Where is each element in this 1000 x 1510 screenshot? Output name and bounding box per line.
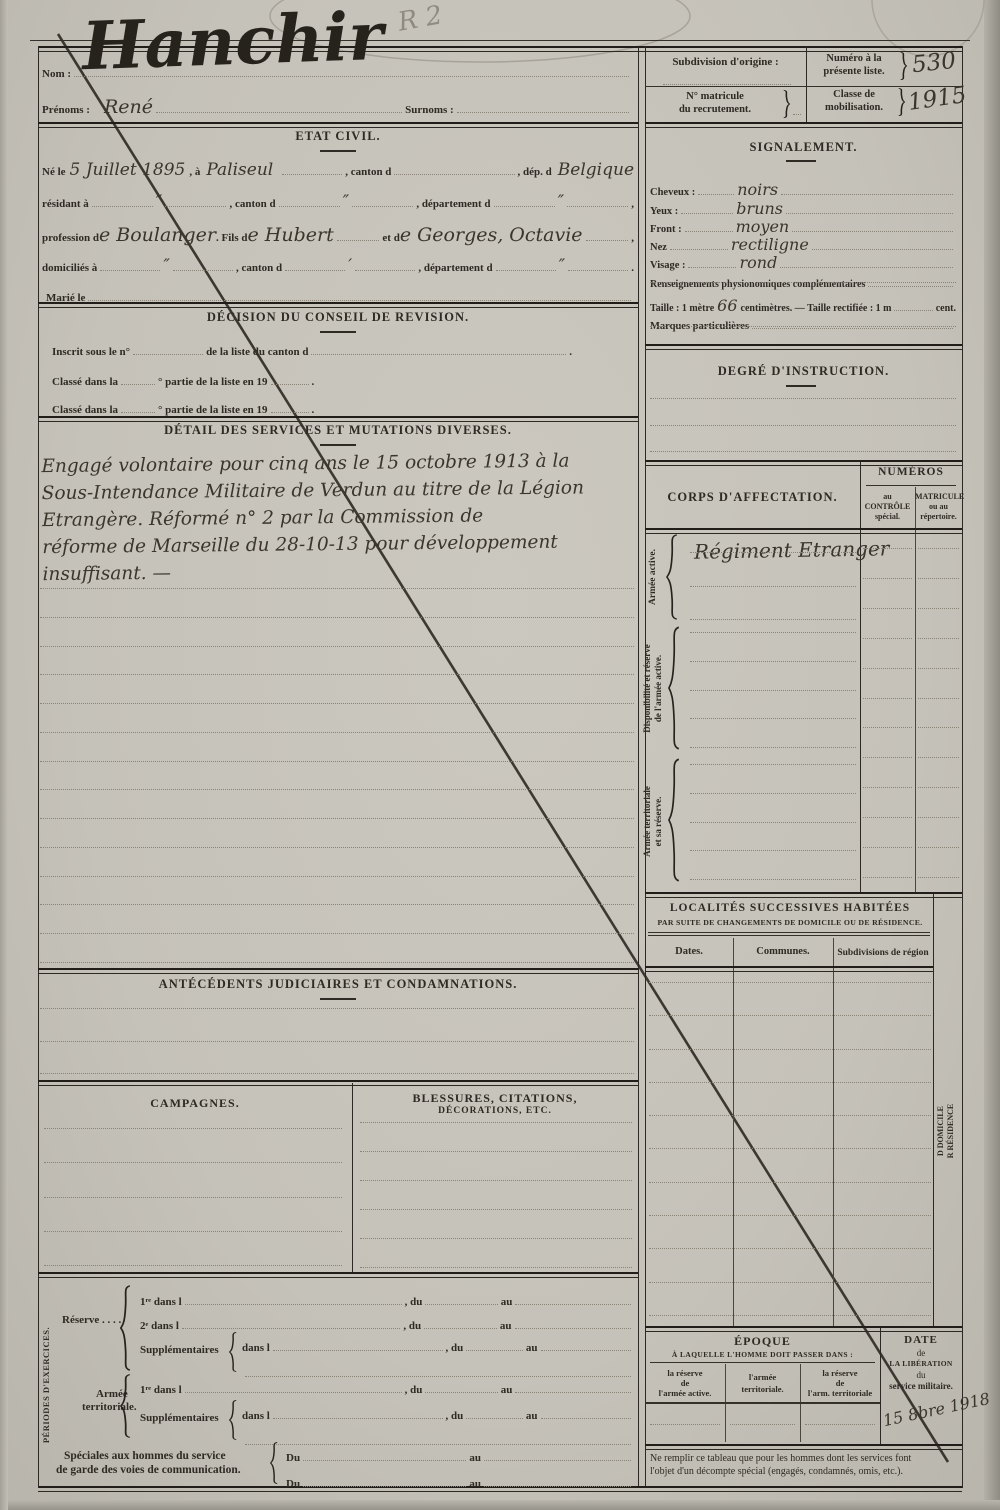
- services-line: insuffisant. —: [42, 555, 638, 588]
- epoque-col1-header: la réserve: [645, 1368, 725, 1378]
- territoriale-periode-1: 1ʳᵉ dans l , du au: [140, 1378, 634, 1396]
- ruled-line: [650, 326, 956, 327]
- controle-col-header: au: [860, 492, 915, 501]
- ruled-line: [690, 879, 856, 880]
- territoriale-label-line: Armée territoriale: [642, 755, 653, 888]
- matricule-col-header: répertoire.: [915, 512, 962, 521]
- ditto-mark: ′: [348, 256, 352, 276]
- rule: [515, 1378, 631, 1393]
- profession-value: e Boulanger: [99, 224, 216, 246]
- nez-value: rectiligne: [731, 235, 809, 254]
- rule: [424, 1314, 497, 1329]
- periode-label: 1ʳᵉ dans l: [140, 1296, 182, 1308]
- ruled-line: [690, 718, 856, 719]
- departement-label: , département d: [416, 198, 490, 210]
- rule: [541, 1336, 632, 1351]
- brace: [229, 1332, 237, 1372]
- suppl-periode-row: dans l , du au: [242, 1404, 634, 1422]
- yeux-label: Yeux :: [650, 206, 678, 217]
- rule: [645, 344, 962, 350]
- a-label: , à: [189, 166, 200, 178]
- ruled-line: [360, 1151, 632, 1152]
- rule: [681, 199, 733, 214]
- period: .: [569, 346, 572, 358]
- rule: [185, 1290, 402, 1305]
- speciales-label-2: de garde des voies de communication.: [56, 1464, 241, 1476]
- ruled-line: [863, 877, 912, 878]
- periodes-vertical-label: PÉRIODES D'EXERCICES.: [41, 1288, 53, 1482]
- territoriale-group-label: Armée territoriale et sa réserve.: [642, 755, 666, 888]
- disponibilite-label-line: Disponibilité et réserve: [642, 622, 653, 755]
- domicile-row: domiciliés à ″ , canton d ′ , départemen…: [42, 256, 634, 276]
- rule: [786, 160, 816, 162]
- du-label: , du: [405, 1384, 423, 1396]
- numero-liste-value: 530: [911, 48, 957, 78]
- rule: [285, 256, 345, 271]
- rule: [663, 70, 791, 85]
- ruled-lines: [650, 326, 956, 334]
- subdivision-label: Subdivision d'origine :: [645, 56, 806, 68]
- rule: [645, 1326, 962, 1332]
- corps-title: CORPS D'AFFECTATION.: [645, 490, 860, 505]
- rule: [38, 122, 638, 128]
- ruled-line: [918, 668, 959, 669]
- brace: [900, 52, 907, 80]
- ruled-line: [40, 761, 634, 762]
- ruled-line: [360, 1267, 632, 1268]
- periode-label: dans l: [242, 1410, 270, 1422]
- rule: [645, 86, 962, 87]
- du-label: , du: [405, 1296, 423, 1308]
- rule: [962, 46, 963, 1488]
- rule: [245, 1430, 631, 1445]
- ruled-lines: [650, 398, 956, 452]
- du-label: , du: [446, 1342, 464, 1354]
- front-row: Front : moyen: [650, 217, 956, 236]
- scan-edge-left: [0, 0, 8, 1510]
- numeros-header: NUMÉROS: [860, 466, 962, 478]
- cent-label: cent.: [936, 303, 956, 314]
- rule: [648, 932, 930, 933]
- suppl-periode-blank: [242, 1430, 634, 1445]
- controle-col-header: spécial.: [860, 512, 915, 521]
- ruled-line: [863, 698, 912, 699]
- visage-label: Visage :: [650, 260, 685, 271]
- ruled-line: [40, 1008, 634, 1009]
- ruled-line: [918, 847, 959, 848]
- scan-edge-right: [984, 0, 1000, 1510]
- ruled-line: [918, 608, 959, 609]
- rule: [860, 462, 861, 892]
- ruled-lines: [650, 1424, 720, 1432]
- reserve-label: Réserve . . . .: [62, 1314, 121, 1326]
- rule: [245, 1362, 631, 1377]
- controle-col-header: CONTRÔLE: [860, 502, 915, 511]
- profession-filiation-row: profession d e Boulanger . Fils d e Hube…: [42, 224, 634, 246]
- rule: [648, 935, 930, 936]
- epoque-col1-header: de: [645, 1378, 725, 1388]
- rule: [38, 968, 638, 974]
- ruled-line: [690, 661, 856, 662]
- visage-row: Visage : rond: [650, 253, 956, 272]
- periode-label: 1ʳᵉ dans l: [140, 1384, 182, 1396]
- rule: [645, 892, 962, 898]
- ne-le-label: Né le: [42, 166, 66, 178]
- date-liberation-value: 15 8bre 1918: [881, 1389, 991, 1430]
- epoque-col2-header: territoriale.: [725, 1384, 800, 1394]
- ditto-mark: ″: [559, 256, 565, 276]
- matricule-label-2: du recrutement.: [645, 104, 785, 115]
- suppl-periode-blank: [242, 1362, 634, 1377]
- au-label: au: [469, 1452, 481, 1464]
- ruled-lines: [649, 982, 931, 1316]
- rule: [933, 894, 934, 1326]
- brace: [898, 88, 905, 116]
- prenoms-row: Prénoms : René Surnoms :: [42, 96, 632, 118]
- au-label: au: [500, 1320, 512, 1332]
- ruled-line: [863, 817, 912, 818]
- rule: [484, 1446, 631, 1461]
- rule: [185, 1378, 402, 1393]
- au-label: au: [526, 1410, 538, 1422]
- ruled-line: [918, 698, 959, 699]
- reserve-periode-1: 1ʳᵉ dans l , du au: [140, 1290, 634, 1308]
- campagnes-title: CAMPAGNES.: [38, 1096, 352, 1111]
- ruled-line: [40, 876, 634, 877]
- classe-label-2: mobilisation.: [806, 102, 902, 113]
- rule: [786, 385, 816, 387]
- ruled-lines: [805, 1424, 875, 1432]
- rule: [688, 253, 736, 268]
- rule: [282, 160, 342, 175]
- fils-label: . Fils d: [216, 232, 247, 244]
- prenoms-value: René: [104, 96, 153, 118]
- ruled-line: [360, 1122, 632, 1123]
- epoque-col2-header: l'armée: [725, 1372, 800, 1382]
- rule: [915, 487, 916, 892]
- dates-col-header: Dates.: [645, 946, 733, 957]
- rule: [812, 235, 953, 250]
- brace: [783, 90, 790, 118]
- localites-title: LOCALITÉS SUCCESSIVES HABITÉES: [645, 902, 935, 914]
- rule: [638, 46, 639, 1486]
- ruled-line: [40, 646, 634, 647]
- ruled-line: [40, 703, 634, 704]
- front-label: Front :: [650, 224, 682, 235]
- disponibilite-group-label: Disponibilité et réserve de l'armée acti…: [642, 622, 666, 755]
- side-label-line: R RÉSIDENCE: [946, 940, 956, 1322]
- rule: [320, 444, 356, 446]
- ruled-line: [805, 1424, 875, 1425]
- rule: [496, 256, 556, 271]
- blessures-title: BLESSURES, CITATIONS,: [352, 1091, 638, 1106]
- nom-label: Nom :: [42, 68, 71, 80]
- ruled-line: [863, 578, 912, 579]
- nez-row: Nez rectiligne: [650, 235, 956, 254]
- ruled-line: [690, 822, 856, 823]
- military-register-sheet: Hanchir R 2 Nom : Prénoms : René Surnoms…: [0, 0, 1000, 1510]
- rule: [303, 1446, 466, 1461]
- antecedents-title: ANTÉCÉDENTS JUDICIAIRES ET CONDAMNATIONS…: [38, 977, 638, 992]
- ruled-line: [863, 787, 912, 788]
- classe-value: 1915: [906, 82, 968, 116]
- rule: [425, 1378, 497, 1393]
- ruled-lines: [918, 548, 959, 878]
- inscrit-label: Inscrit sous le n°: [52, 346, 130, 358]
- rule: [121, 370, 155, 385]
- rule: [670, 235, 728, 250]
- etat-civil-title: ETAT CIVIL.: [38, 129, 638, 144]
- date-liberation-header: service militaire.: [880, 1381, 962, 1391]
- rule: [38, 1080, 638, 1086]
- ruled-line: [44, 1231, 342, 1232]
- ruled-lines: [360, 1122, 632, 1268]
- rule: [92, 192, 153, 207]
- front-value: moyen: [736, 217, 790, 236]
- supplementaires-label: Supplémentaires: [140, 1344, 219, 1356]
- rule: [786, 199, 953, 214]
- ruled-line: [40, 1041, 634, 1042]
- ruled-line: [40, 588, 634, 589]
- visage-value: rond: [739, 253, 777, 272]
- ruled-line: [649, 1315, 931, 1316]
- rule: [320, 150, 356, 152]
- ruled-line: [40, 904, 634, 905]
- garde-periode-1: Du au: [286, 1446, 634, 1464]
- dept-label: , dép. d: [518, 166, 552, 178]
- brace: [120, 1374, 131, 1438]
- ruled-line: [649, 1148, 931, 1149]
- matricule-label: N° matricule: [645, 91, 785, 102]
- partie-label: ° partie de la liste en 19: [158, 376, 268, 388]
- ruled-line: [40, 789, 634, 790]
- date-liberation-header: LA LIBÉRATION: [880, 1359, 962, 1368]
- epoque-title: ÉPOQUE: [645, 1334, 880, 1349]
- ruled-line: [863, 638, 912, 639]
- rule: [645, 1444, 962, 1450]
- cheveux-label: Cheveux :: [650, 187, 695, 198]
- ditto-mark: ″: [343, 192, 349, 212]
- ruled-line: [40, 732, 634, 733]
- ruled-line: [649, 1282, 931, 1283]
- date-liberation-header: DATE: [880, 1334, 962, 1346]
- numero-liste-label-2: présente liste.: [806, 66, 902, 77]
- ruled-line: [690, 552, 856, 553]
- ruled-line: [918, 757, 959, 758]
- ruled-line: [650, 425, 956, 426]
- ruled-line: [863, 847, 912, 848]
- rule: [894, 296, 932, 311]
- rule: [394, 160, 514, 175]
- ruled-line: [44, 1162, 342, 1163]
- rule: [793, 100, 801, 115]
- epoque-col3-header: l'arm. territoriale: [800, 1388, 880, 1398]
- ruled-line: [40, 674, 634, 675]
- classe-dans-label: Classé dans la: [52, 404, 118, 416]
- ruled-line: [863, 727, 912, 728]
- rule: [650, 1362, 875, 1363]
- ruled-line: [649, 1215, 931, 1216]
- brace: [666, 534, 678, 620]
- blessures-subtitle: DÉCORATIONS, ETC.: [352, 1106, 638, 1116]
- residence-row: résidant à ″ , canton d ″ , département …: [42, 192, 634, 212]
- comma: ,: [631, 198, 634, 210]
- rule: [279, 192, 340, 207]
- au-label: au: [526, 1342, 538, 1354]
- communes-col-header: Communes.: [733, 946, 833, 957]
- rule: [38, 302, 638, 308]
- yeux-value: bruns: [736, 199, 783, 218]
- classe-dans-label: Classé dans la: [52, 376, 118, 388]
- ruled-line: [730, 1424, 795, 1425]
- ruled-line: [690, 793, 856, 794]
- matricule-col-header: MATRICULE: [915, 492, 962, 501]
- ruled-line: [863, 757, 912, 758]
- period: .: [312, 404, 315, 416]
- rule: [457, 98, 629, 113]
- epoque-col3-header: de: [800, 1378, 880, 1388]
- instruction-title: DEGRÉ D'INSTRUCTION.: [645, 364, 962, 379]
- ditto-mark: ″: [558, 192, 564, 212]
- ruled-line: [44, 1265, 342, 1266]
- taille-row: Taille : 1 mètre 66 centimètres. — Taill…: [650, 296, 956, 315]
- profession-label: profession d: [42, 232, 99, 244]
- ruled-line: [918, 578, 959, 579]
- rule: [425, 1290, 497, 1305]
- ruled-line: [690, 619, 856, 620]
- classe-row-2: Classé dans la ° partie de la liste en 1…: [52, 398, 382, 416]
- mere-value: e Georges, Octavie: [400, 224, 583, 246]
- supplementaires-label: Supplémentaires: [140, 1412, 219, 1424]
- ruled-line: [650, 398, 956, 399]
- au-label: au: [469, 1478, 481, 1490]
- rule: [320, 331, 356, 333]
- ruled-line: [40, 933, 634, 934]
- residant-label: résidant à: [42, 198, 89, 210]
- rule: [792, 217, 953, 232]
- brace: [668, 626, 680, 750]
- ruled-lines: [44, 1128, 342, 1266]
- ruled-line: [649, 1082, 931, 1083]
- footnote: Ne remplir ce tableau que pour les homme…: [650, 1452, 956, 1478]
- ruled-lines: [690, 632, 856, 748]
- rule: [303, 1472, 466, 1487]
- rule: [182, 1314, 400, 1329]
- rule: [271, 398, 309, 413]
- rule: [515, 1314, 631, 1329]
- ruled-line: [360, 1238, 632, 1239]
- du-label: Du: [286, 1452, 300, 1464]
- localites-subtitle: PAR SUITE DE CHANGEMENTS DE DOMICILE OU …: [645, 918, 935, 927]
- ruled-line: [690, 850, 856, 851]
- rule: [273, 1404, 443, 1419]
- garde-periode-2: Du au: [286, 1472, 634, 1490]
- liste-canton-label: de la liste du canton d: [206, 346, 308, 358]
- nez-label: Nez: [650, 242, 667, 253]
- date-liberation-header: du: [880, 1370, 962, 1380]
- disponibilite-label-line: de l'armée active.: [653, 622, 664, 755]
- ruled-lines: [40, 1008, 634, 1074]
- ruled-line: [690, 764, 856, 765]
- yeux-row: Yeux : bruns: [650, 199, 956, 218]
- ruled-line: [360, 1209, 632, 1210]
- rule: [567, 192, 628, 207]
- speciales-label-1: Spéciales aux hommes du service: [64, 1450, 226, 1462]
- surnoms-label: Surnoms :: [405, 104, 454, 116]
- prenoms-label: Prénoms :: [42, 104, 90, 116]
- rule: [645, 1402, 880, 1404]
- ditto-mark: ″: [156, 192, 162, 212]
- rule: [311, 340, 566, 355]
- ruled-line: [650, 282, 956, 283]
- rule: [586, 226, 629, 241]
- epoque-subtitle: À LAQUELLE L'HOMME DOIT PASSER DANS :: [645, 1350, 880, 1359]
- rule: [645, 122, 962, 128]
- ruled-line: [649, 1182, 931, 1183]
- ruled-line: [649, 1115, 931, 1116]
- ruled-line: [40, 818, 634, 819]
- rule: [541, 1404, 632, 1419]
- periode-label: dans l: [242, 1342, 270, 1354]
- naissance-lieu: Paliseul: [206, 160, 273, 180]
- ruled-line: [40, 1073, 634, 1074]
- comma: ,: [631, 232, 634, 244]
- matricule-col-header: ou au: [915, 502, 962, 511]
- periode-label: 2ᵉ dans l: [140, 1320, 179, 1332]
- rule: [165, 192, 226, 207]
- ruled-line: [649, 1015, 931, 1016]
- rule: [484, 1472, 631, 1487]
- inscrit-row: Inscrit sous le n° de la liste du canton…: [52, 340, 572, 358]
- territoriale-label-line: et sa réserve.: [653, 755, 664, 888]
- ruled-line: [650, 451, 956, 452]
- rule: [337, 226, 380, 241]
- rule: [74, 62, 629, 77]
- rule: [466, 1336, 523, 1351]
- ruled-line: [918, 817, 959, 818]
- rule: [352, 192, 413, 207]
- epoque-col1-header: l'armée active.: [645, 1388, 725, 1398]
- et-de-label: et d: [382, 232, 399, 244]
- ruled-line: [40, 617, 634, 618]
- ruled-line: [918, 638, 959, 639]
- rule: [121, 398, 155, 413]
- rule: [866, 485, 956, 486]
- pere-value: e Hubert: [248, 224, 334, 246]
- du-label: , du: [446, 1410, 464, 1422]
- ruled-line: [649, 982, 931, 983]
- cheveux-value: noirs: [737, 180, 778, 199]
- ruled-lines: [690, 552, 856, 620]
- rule: [515, 1290, 631, 1305]
- ruled-line: [40, 847, 634, 848]
- suppl-periode-row: dans l , du au: [242, 1336, 634, 1354]
- rule: [273, 1336, 443, 1351]
- ruled-line: [918, 727, 959, 728]
- subdivision-blank: [660, 70, 794, 85]
- cheveux-row: Cheveux : noirs: [650, 180, 956, 199]
- ruled-line: [44, 1128, 342, 1129]
- rule: [88, 286, 631, 301]
- rule: [271, 370, 309, 385]
- footnote-line: l'objet d'un décompte spécial (engagés, …: [650, 1465, 956, 1478]
- rule: [645, 966, 933, 972]
- taille-value: 66: [717, 296, 737, 315]
- ruled-lines: [730, 1424, 795, 1432]
- ruled-line: [40, 962, 634, 963]
- rule: [38, 1272, 638, 1278]
- ruled-line: [44, 1197, 342, 1198]
